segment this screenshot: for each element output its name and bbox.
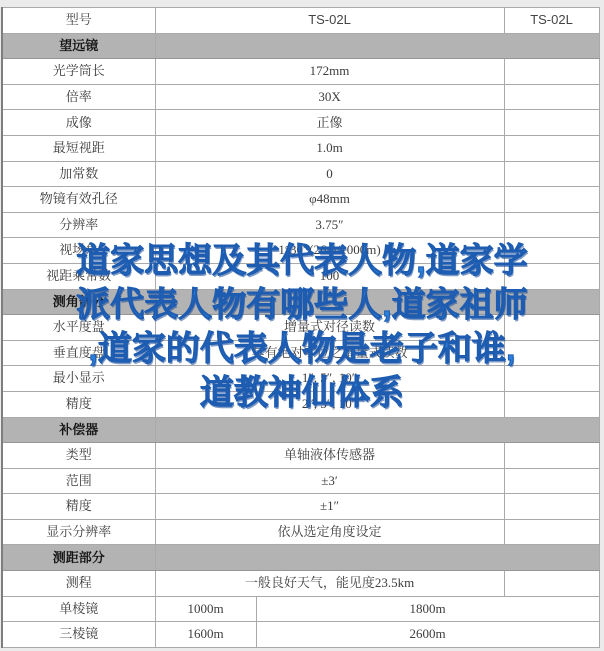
spec-row: 测程 一般良好天气，能见度23.5km xyxy=(2,571,599,597)
section-header-angle: 测角部分 xyxy=(2,289,599,315)
spec-value: 30X xyxy=(155,84,504,110)
spec-label: 视距乘常数 xyxy=(2,263,155,289)
spec-pad xyxy=(504,110,599,136)
spec-value: 0 xyxy=(155,161,504,187)
section-title: 补偿器 xyxy=(2,417,155,443)
spec-pad xyxy=(504,494,599,520)
page: 型号 TS-02L TS-02L 望远镜 光学筒长 172mm 倍率 30X 成… xyxy=(0,0,604,651)
spec-value: 正像 xyxy=(155,110,504,136)
section-title: 测角部分 xyxy=(2,289,155,315)
spec-label: 类型 xyxy=(2,443,155,469)
spec-label: 单棱镜 xyxy=(2,596,155,622)
spec-label: 测程 xyxy=(2,571,155,597)
spec-value: 172mm xyxy=(155,59,504,85)
section-header-spacer xyxy=(155,417,599,443)
spec-pad xyxy=(504,571,599,597)
section-header-compensator: 补偿器 xyxy=(2,417,599,443)
spec-value: φ48mm xyxy=(155,187,504,213)
spec-pad xyxy=(504,443,599,469)
section-title: 望远镜 xyxy=(2,33,155,59)
spec-row: 倍率 30X xyxy=(2,84,599,110)
spec-label: 三棱镜 xyxy=(2,622,155,648)
spec-row: 分辨率 3.75″ xyxy=(2,212,599,238)
prism-value-long: 1800m xyxy=(256,596,599,622)
spec-pad xyxy=(504,263,599,289)
spec-row: 视场角 1°30′ (26m/1000m) xyxy=(2,238,599,264)
spec-row: 物镜有效孔径 φ48mm xyxy=(2,187,599,213)
model-label: 型号 xyxy=(2,8,155,34)
section-header-spacer xyxy=(155,33,599,59)
spec-pad xyxy=(504,238,599,264)
spec-pad xyxy=(504,212,599,238)
model-value-right: TS-02L xyxy=(504,8,599,34)
spec-pad xyxy=(504,315,599,341)
spec-value: 依从选定角度设定 xyxy=(155,519,504,545)
spec-value: 单轴液体传感器 xyxy=(155,443,504,469)
spec-value: 1″, 5″, 10″ xyxy=(155,366,504,392)
spec-label: 水平度盘 xyxy=(2,315,155,341)
model-row: 型号 TS-02L TS-02L xyxy=(2,8,599,34)
spec-label: 分辨率 xyxy=(2,212,155,238)
section-title: 测距部分 xyxy=(2,545,155,571)
prism-value-short: 1000m xyxy=(155,596,256,622)
spec-label: 垂直度盘 xyxy=(2,340,155,366)
spec-row: 类型 单轴液体传感器 xyxy=(2,443,599,469)
spec-row: 精度 2″, 5″, 10″ xyxy=(2,391,599,417)
spec-label: 倍率 xyxy=(2,84,155,110)
spec-row: 垂直度盘 具有绝对零位之增量式读数 xyxy=(2,340,599,366)
spec-pad xyxy=(504,519,599,545)
spec-pad xyxy=(504,391,599,417)
spec-row: 光学筒长 172mm xyxy=(2,59,599,85)
spec-value: 具有绝对零位之增量式读数 xyxy=(155,340,504,366)
section-header-spacer xyxy=(155,289,599,315)
spec-row: 精度 ±1″ xyxy=(2,494,599,520)
spec-row: 成像 正像 xyxy=(2,110,599,136)
spec-row: 视距乘常数 100 xyxy=(2,263,599,289)
prism-row: 单棱镜 1000m 1800m xyxy=(2,596,599,622)
spec-label: 显示分辨率 xyxy=(2,519,155,545)
prism-row: 三棱镜 1600m 2600m xyxy=(2,622,599,648)
spec-value: 增量式对径读数 xyxy=(155,315,504,341)
spec-row: 加常数 0 xyxy=(2,161,599,187)
prism-value-short: 1600m xyxy=(155,622,256,648)
spec-row: 最短视距 1.0m xyxy=(2,135,599,161)
prism-value-long: 2600m xyxy=(256,622,599,648)
spec-label: 最短视距 xyxy=(2,135,155,161)
spec-pad xyxy=(504,366,599,392)
spec-row: 最小显示 1″, 5″, 10″ xyxy=(2,366,599,392)
spec-label: 光学筒长 xyxy=(2,59,155,85)
spec-pad xyxy=(504,84,599,110)
spec-table: 型号 TS-02L TS-02L 望远镜 光学筒长 172mm 倍率 30X 成… xyxy=(1,7,600,648)
spec-row: 水平度盘 增量式对径读数 xyxy=(2,315,599,341)
spec-pad xyxy=(504,187,599,213)
section-header-spacer xyxy=(155,545,599,571)
model-value: TS-02L xyxy=(155,8,504,34)
spec-label: 最小显示 xyxy=(2,366,155,392)
spec-value: 2″, 5″, 10″ xyxy=(155,391,504,417)
spec-pad xyxy=(504,161,599,187)
spec-pad xyxy=(504,340,599,366)
spec-pad xyxy=(504,468,599,494)
spec-value: 100 xyxy=(155,263,504,289)
spec-value: 1.0m xyxy=(155,135,504,161)
spec-label: 范围 xyxy=(2,468,155,494)
spec-value: 一般良好天气，能见度23.5km xyxy=(155,571,504,597)
spec-label: 精度 xyxy=(2,494,155,520)
spec-label: 成像 xyxy=(2,110,155,136)
spec-row: 显示分辨率 依从选定角度设定 xyxy=(2,519,599,545)
spec-pad xyxy=(504,59,599,85)
spec-pad xyxy=(504,135,599,161)
spec-value: ±1″ xyxy=(155,494,504,520)
spec-label: 视场角 xyxy=(2,238,155,264)
spec-value: ±3′ xyxy=(155,468,504,494)
spec-value: 3.75″ xyxy=(155,212,504,238)
section-header-distance: 测距部分 xyxy=(2,545,599,571)
section-header-telescope: 望远镜 xyxy=(2,33,599,59)
spec-label: 加常数 xyxy=(2,161,155,187)
spec-label: 物镜有效孔径 xyxy=(2,187,155,213)
spec-value: 1°30′ (26m/1000m) xyxy=(155,238,504,264)
spec-label: 精度 xyxy=(2,391,155,417)
spec-row: 范围 ±3′ xyxy=(2,468,599,494)
